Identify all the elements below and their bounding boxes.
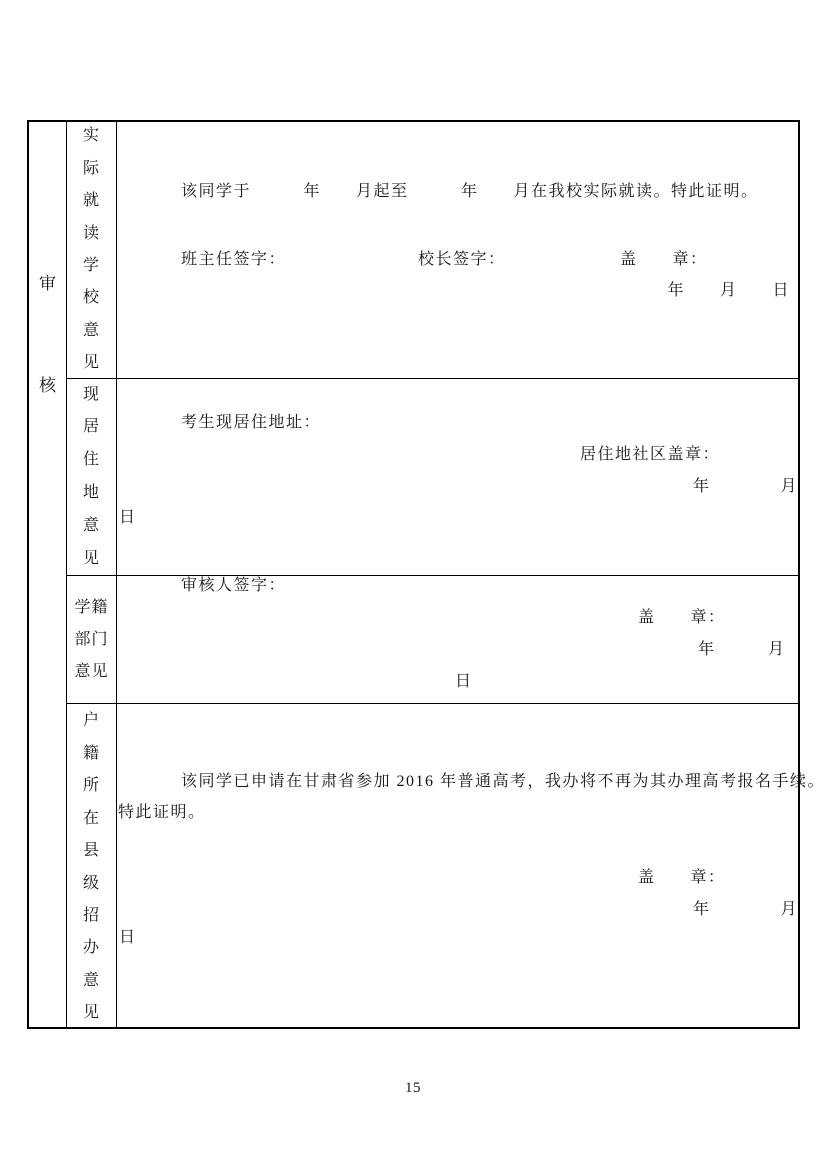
content-cell-enrollment-opinion: 审核人签字： 盖 章： 年 月 日 <box>117 576 798 703</box>
household-date-day: 日 <box>119 928 137 948</box>
content-cell-school-opinion: 该同学于 年 月起至 年 月在我校实际就读。特此证明。 班主任签字： 校长签字：… <box>117 122 798 378</box>
enrollment-date-line: 年 月 <box>698 640 786 660</box>
label-text-household-admissions-opinion: 户 籍 所 在 县 级 招 办 意 见 <box>83 705 100 1029</box>
household-statement-line1: 该同学已申请在甘肃省参加 2016 年普通高考，我办将不再为其办理高考报名手续。 <box>181 772 825 792</box>
residence-date-day: 日 <box>119 508 137 528</box>
audit-char-2: 核 <box>29 377 66 394</box>
household-statement-line2: 特此证明。 <box>118 803 206 823</box>
residence-date-line: 年 月 <box>693 477 798 497</box>
content-cell-residence-opinion: 考生现居住地址： 居住地社区盖章： 年 月 日 <box>117 379 798 575</box>
label-text-residence-opinion: 现 居 住 地 意 见 <box>83 379 100 576</box>
school-date-line: 年 月 日 <box>667 281 790 301</box>
school-statement-text: 该同学于 年 月起至 年 月在我校实际就读。特此证明。 <box>181 182 759 202</box>
document-page: { "page": { "number": "15" }, "audit_col… <box>0 0 826 1169</box>
label-cell-enrollment-opinion: 学籍 部门 意见 <box>67 576 116 703</box>
label-cell-household-admissions-opinion: 户 籍 所 在 县 级 招 办 意 见 <box>67 704 116 1031</box>
label-cell-residence-opinion: 现 居 住 地 意 见 <box>67 379 116 575</box>
school-signature-labels: 班主任签字： 校长签字： 盖 章： <box>181 250 708 270</box>
residence-address-label: 考生现居住地址： <box>181 413 321 433</box>
label-text-enrollment-opinion: 学籍 部门 意见 <box>74 592 108 688</box>
page-number: 15 <box>0 1080 826 1097</box>
label-cell-school-opinion: 实 际 就 读 学 校 意 见 <box>67 122 116 378</box>
enrollment-seal-label: 盖 章： <box>638 608 726 628</box>
audit-header-cell: 审 核 <box>29 122 66 1027</box>
label-text-school-opinion: 实 际 就 读 学 校 意 见 <box>83 120 100 379</box>
household-seal-label: 盖 章： <box>638 868 726 888</box>
audit-table: 审 核 实 际 就 读 学 校 意 见 该同学于 年 月起至 年 月在我校实际就… <box>27 120 800 1029</box>
audit-char-1: 审 <box>29 275 66 292</box>
residence-seal-label: 居住地社区盖章： <box>580 445 720 465</box>
enrollment-date-day: 日 <box>455 672 473 692</box>
enrollment-signer-label: 审核人签字： <box>181 576 286 596</box>
household-date-line: 年 月 <box>693 900 798 920</box>
content-cell-household-admissions-opinion: 该同学已申请在甘肃省参加 2016 年普通高考，我办将不再为其办理高考报名手续。… <box>117 704 798 1031</box>
